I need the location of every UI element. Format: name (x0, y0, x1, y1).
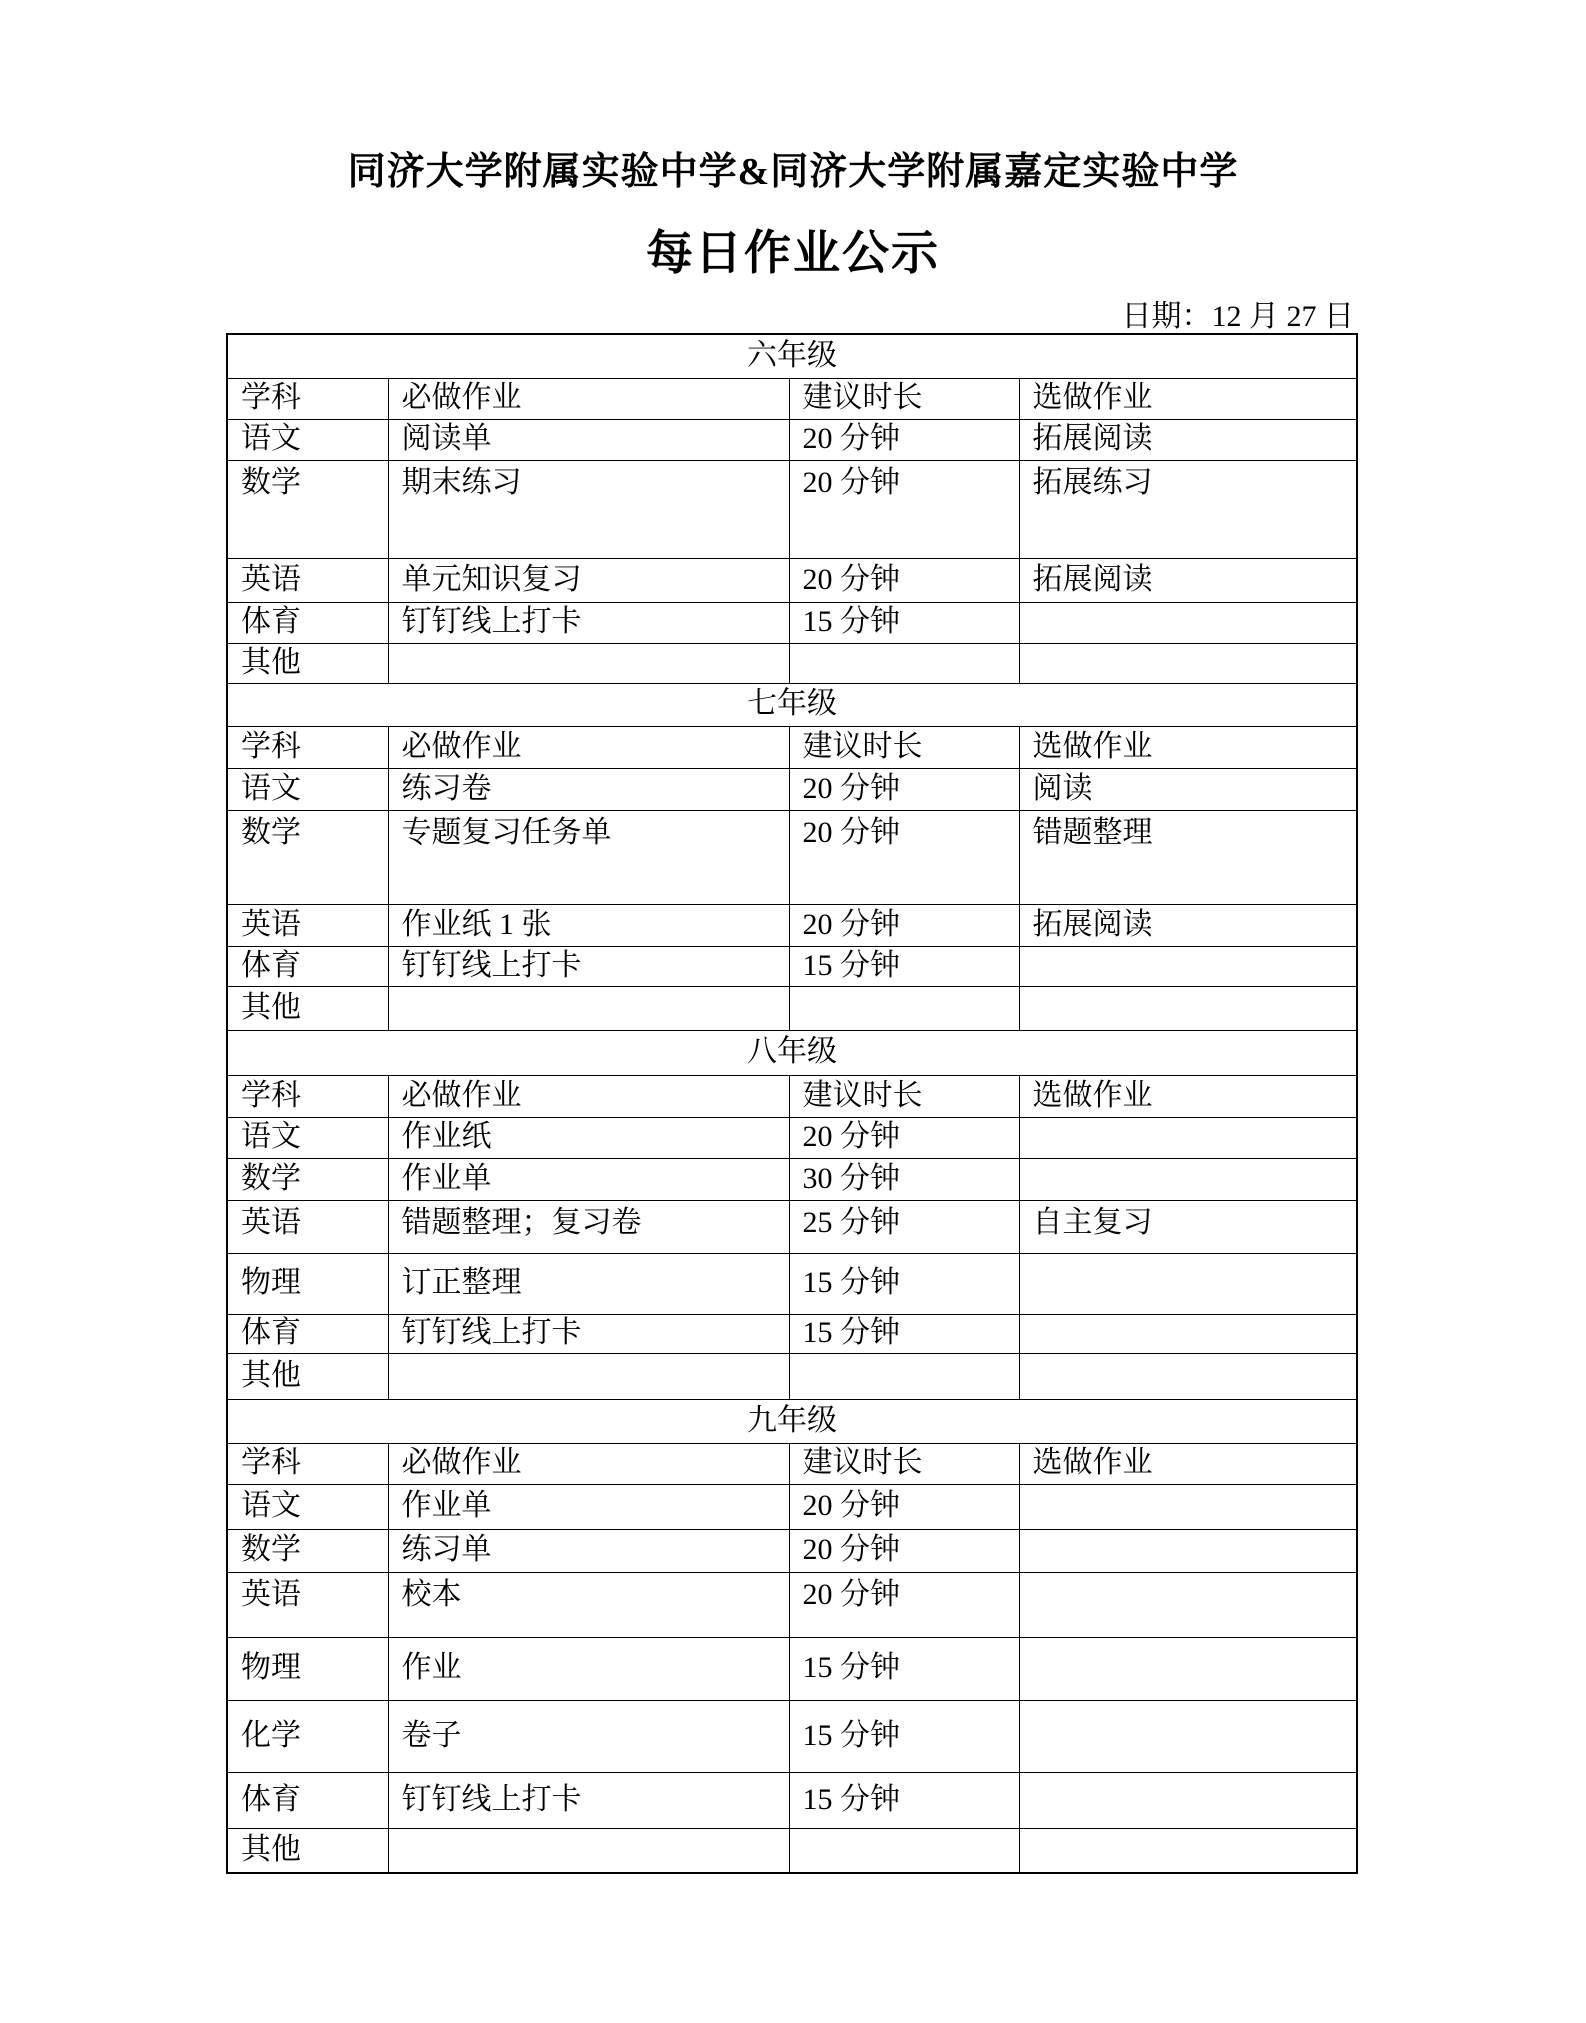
duration-cell: 20 分钟 (789, 904, 1019, 946)
duration-cell (789, 643, 1019, 683)
table-row: 数学专题复习任务单20 分钟错题整理 (227, 810, 1357, 904)
subject-cell: 其他 (227, 643, 388, 683)
required-homework-cell: 作业单 (388, 1484, 789, 1529)
duration-cell: 25 分钟 (789, 1200, 1019, 1253)
subject-cell: 体育 (227, 602, 388, 643)
grade-section-header: 九年级 (227, 1399, 1357, 1443)
table-row: 语文作业单20 分钟 (227, 1484, 1357, 1529)
table-row: 体育钉钉线上打卡15 分钟 (227, 1314, 1357, 1353)
duration-cell (789, 986, 1019, 1030)
required-homework-cell: 卷子 (388, 1700, 789, 1772)
duration-cell: 20 分钟 (789, 419, 1019, 460)
column-header-duration: 建议时长 (789, 1075, 1019, 1117)
table-row: 语文作业纸20 分钟 (227, 1117, 1357, 1158)
optional-homework-cell: 阅读 (1019, 768, 1357, 810)
column-header-row: 学科必做作业建议时长选做作业 (227, 1075, 1357, 1117)
homework-table: 六年级学科必做作业建议时长选做作业语文阅读单20 分钟拓展阅读数学期末练习20 … (226, 333, 1358, 1874)
grade-section-row: 六年级 (227, 334, 1357, 378)
duration-cell: 20 分钟 (789, 1117, 1019, 1158)
column-header-subject: 学科 (227, 378, 388, 419)
duration-cell: 20 分钟 (789, 768, 1019, 810)
subject-cell: 英语 (227, 1200, 388, 1253)
required-homework-cell (388, 986, 789, 1030)
grade-section-header: 七年级 (227, 683, 1357, 726)
required-homework-cell: 单元知识复习 (388, 558, 789, 602)
optional-homework-cell (1019, 946, 1357, 986)
optional-homework-cell: 拓展阅读 (1019, 419, 1357, 460)
subject-cell: 其他 (227, 986, 388, 1030)
grade-section-header: 八年级 (227, 1030, 1357, 1075)
duration-cell: 30 分钟 (789, 1158, 1019, 1200)
optional-homework-cell: 自主复习 (1019, 1200, 1357, 1253)
duration-cell: 15 分钟 (789, 1637, 1019, 1700)
subject-cell: 体育 (227, 1772, 388, 1828)
duration-cell: 20 分钟 (789, 460, 1019, 558)
required-homework-cell (388, 643, 789, 683)
required-homework-cell: 错题整理；复习卷 (388, 1200, 789, 1253)
subject-cell: 数学 (227, 1529, 388, 1572)
table-row: 其他 (227, 643, 1357, 683)
optional-homework-cell (1019, 1158, 1357, 1200)
required-homework-cell: 钉钉线上打卡 (388, 946, 789, 986)
table-row: 语文阅读单20 分钟拓展阅读 (227, 419, 1357, 460)
subject-cell: 数学 (227, 460, 388, 558)
grade-section-row: 七年级 (227, 683, 1357, 726)
duration-cell: 20 分钟 (789, 1529, 1019, 1572)
optional-homework-cell: 拓展阅读 (1019, 558, 1357, 602)
duration-cell: 15 分钟 (789, 1253, 1019, 1314)
grade-section-row: 八年级 (227, 1030, 1357, 1075)
table-row: 数学作业单30 分钟 (227, 1158, 1357, 1200)
duration-cell (789, 1828, 1019, 1873)
column-header-required: 必做作业 (388, 378, 789, 419)
subject-cell: 化学 (227, 1700, 388, 1772)
document-page: 同济大学附属实验中学&同济大学附属嘉定实验中学 每日作业公示 日期：12 月 2… (0, 0, 1586, 2023)
subject-cell: 数学 (227, 810, 388, 904)
duration-cell: 15 分钟 (789, 1772, 1019, 1828)
optional-homework-cell (1019, 1314, 1357, 1353)
subject-cell: 英语 (227, 904, 388, 946)
required-homework-cell: 钉钉线上打卡 (388, 602, 789, 643)
grade-section-header: 六年级 (227, 334, 1357, 378)
table-row: 化学卷子15 分钟 (227, 1700, 1357, 1772)
optional-homework-cell (1019, 1117, 1357, 1158)
column-header-subject: 学科 (227, 1075, 388, 1117)
subject-cell: 物理 (227, 1637, 388, 1700)
required-homework-cell: 期末练习 (388, 460, 789, 558)
optional-homework-cell (1019, 1772, 1357, 1828)
optional-homework-cell (1019, 986, 1357, 1030)
subject-cell: 体育 (227, 1314, 388, 1353)
table-row: 物理订正整理15 分钟 (227, 1253, 1357, 1314)
optional-homework-cell (1019, 1572, 1357, 1637)
column-header-optional: 选做作业 (1019, 378, 1357, 419)
duration-cell: 20 分钟 (789, 810, 1019, 904)
required-homework-cell: 钉钉线上打卡 (388, 1772, 789, 1828)
subject-cell: 英语 (227, 558, 388, 602)
optional-homework-cell (1019, 1700, 1357, 1772)
subject-cell: 其他 (227, 1353, 388, 1399)
optional-homework-cell (1019, 1637, 1357, 1700)
required-homework-cell: 练习卷 (388, 768, 789, 810)
duration-cell (789, 1353, 1019, 1399)
required-homework-cell: 作业纸 (388, 1117, 789, 1158)
required-homework-cell: 练习单 (388, 1529, 789, 1572)
table-row: 数学期末练习20 分钟拓展练习 (227, 460, 1357, 558)
table-row: 英语校本20 分钟 (227, 1572, 1357, 1637)
required-homework-cell (388, 1828, 789, 1873)
date-label: 日期：12 月 27 日 (1122, 291, 1355, 335)
optional-homework-cell: 错题整理 (1019, 810, 1357, 904)
subject-cell: 其他 (227, 1828, 388, 1873)
subject-cell: 语文 (227, 768, 388, 810)
duration-cell: 15 分钟 (789, 602, 1019, 643)
duration-cell: 15 分钟 (789, 1700, 1019, 1772)
required-homework-cell: 校本 (388, 1572, 789, 1637)
optional-homework-cell: 拓展阅读 (1019, 904, 1357, 946)
optional-homework-cell (1019, 643, 1357, 683)
required-homework-cell: 阅读单 (388, 419, 789, 460)
duration-cell: 15 分钟 (789, 946, 1019, 986)
required-homework-cell: 作业单 (388, 1158, 789, 1200)
column-header-subject: 学科 (227, 1443, 388, 1484)
duration-cell: 20 分钟 (789, 558, 1019, 602)
page-subtitle: 每日作业公示 (0, 216, 1586, 283)
optional-homework-cell (1019, 1253, 1357, 1314)
column-header-row: 学科必做作业建议时长选做作业 (227, 378, 1357, 419)
duration-cell: 15 分钟 (789, 1314, 1019, 1353)
subject-cell: 语文 (227, 1117, 388, 1158)
table-row: 数学练习单20 分钟 (227, 1529, 1357, 1572)
required-homework-cell: 钉钉线上打卡 (388, 1314, 789, 1353)
table-row: 英语作业纸 1 张20 分钟拓展阅读 (227, 904, 1357, 946)
required-homework-cell: 作业纸 1 张 (388, 904, 789, 946)
subject-cell: 英语 (227, 1572, 388, 1637)
required-homework-cell: 专题复习任务单 (388, 810, 789, 904)
table-row: 英语错题整理；复习卷25 分钟自主复习 (227, 1200, 1357, 1253)
optional-homework-cell (1019, 1484, 1357, 1529)
column-header-duration: 建议时长 (789, 1443, 1019, 1484)
duration-cell: 20 分钟 (789, 1484, 1019, 1529)
column-header-required: 必做作业 (388, 1443, 789, 1484)
table-row: 其他 (227, 986, 1357, 1030)
optional-homework-cell (1019, 1353, 1357, 1399)
table-row: 语文练习卷20 分钟阅读 (227, 768, 1357, 810)
column-header-row: 学科必做作业建议时长选做作业 (227, 726, 1357, 768)
column-header-duration: 建议时长 (789, 378, 1019, 419)
duration-cell: 20 分钟 (789, 1572, 1019, 1637)
subject-cell: 语文 (227, 419, 388, 460)
required-homework-cell: 作业 (388, 1637, 789, 1700)
required-homework-cell: 订正整理 (388, 1253, 789, 1314)
table-row: 英语单元知识复习20 分钟拓展阅读 (227, 558, 1357, 602)
subject-cell: 物理 (227, 1253, 388, 1314)
optional-homework-cell (1019, 602, 1357, 643)
subject-cell: 体育 (227, 946, 388, 986)
column-header-required: 必做作业 (388, 726, 789, 768)
table-row: 其他 (227, 1353, 1357, 1399)
subject-cell: 语文 (227, 1484, 388, 1529)
required-homework-cell (388, 1353, 789, 1399)
column-header-subject: 学科 (227, 726, 388, 768)
column-header-duration: 建议时长 (789, 726, 1019, 768)
table-row: 体育钉钉线上打卡15 分钟 (227, 1772, 1357, 1828)
table-row: 物理作业15 分钟 (227, 1637, 1357, 1700)
table-row: 体育钉钉线上打卡15 分钟 (227, 946, 1357, 986)
column-header-optional: 选做作业 (1019, 1443, 1357, 1484)
optional-homework-cell (1019, 1828, 1357, 1873)
optional-homework-cell (1019, 1529, 1357, 1572)
column-header-optional: 选做作业 (1019, 1075, 1357, 1117)
table-row: 体育钉钉线上打卡15 分钟 (227, 602, 1357, 643)
column-header-required: 必做作业 (388, 1075, 789, 1117)
table-row: 其他 (227, 1828, 1357, 1873)
subject-cell: 数学 (227, 1158, 388, 1200)
page-title: 同济大学附属实验中学&同济大学附属嘉定实验中学 (0, 140, 1586, 195)
grade-section-row: 九年级 (227, 1399, 1357, 1443)
column-header-optional: 选做作业 (1019, 726, 1357, 768)
optional-homework-cell: 拓展练习 (1019, 460, 1357, 558)
column-header-row: 学科必做作业建议时长选做作业 (227, 1443, 1357, 1484)
